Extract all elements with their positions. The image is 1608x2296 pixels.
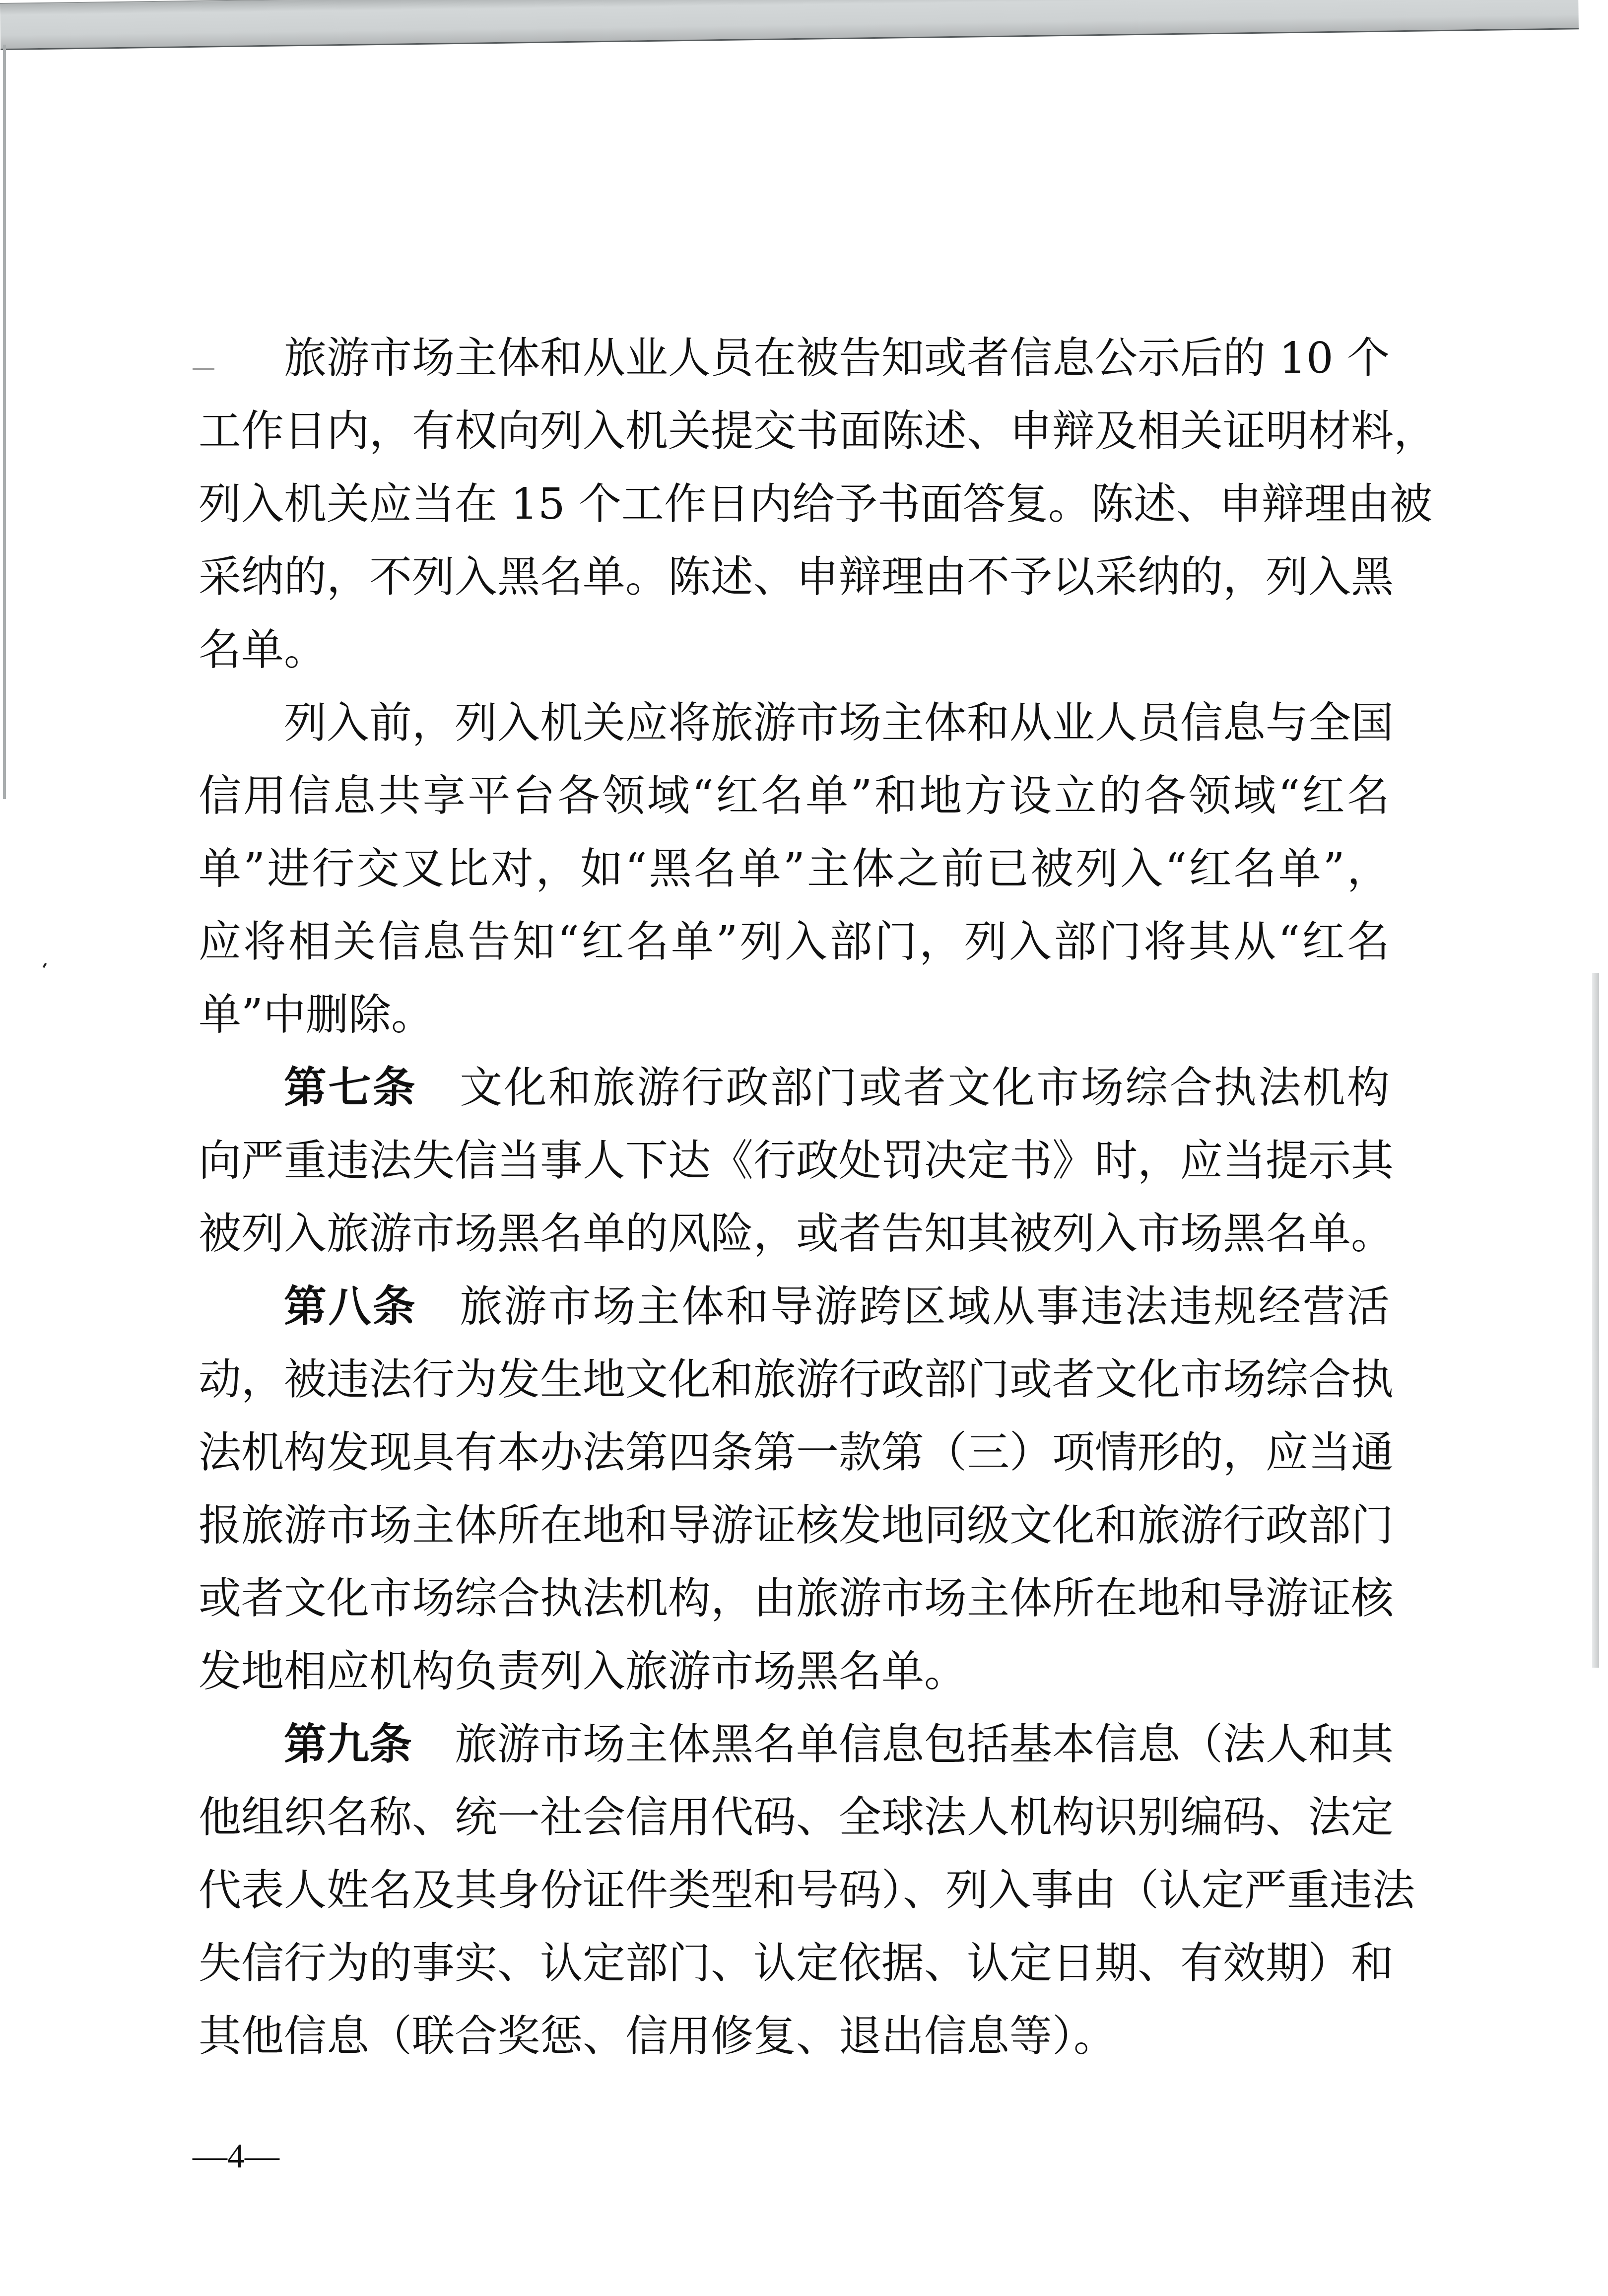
article-9-line-5: 其他信息（联合奖惩、信用修复、退出信息等）。: [199, 2009, 1390, 2064]
article-8-label: 第八条: [284, 1282, 417, 1332]
paragraph-2-line-4: 应将相关信息告知“红名单”列入部门，列入部门将其从“红名: [199, 915, 1390, 969]
article-7-label: 第七条: [284, 1063, 417, 1113]
document-page: 旅游市场主体和从业人员在被告知或者信息公示后的 10 个 工作日内，有权向列入机…: [0, 0, 1608, 2296]
article-8-line-6: 发地相应机构负责列入旅游市场黑名单。: [199, 1644, 1390, 1699]
paragraph-1-line-2: 工作日内，有权向列入机关提交书面陈述、申辩及相关证明材料，: [199, 404, 1390, 459]
paragraph-1-line-1: 旅游市场主体和从业人员在被告知或者信息公示后的 10 个: [284, 331, 1390, 386]
paragraph-2-line-2: 信用信息共享平台各领域“红名单”和地方设立的各领域“红名: [199, 769, 1390, 823]
article-8-line-4: 报旅游市场主体所在地和导游证核发地同级文化和旅游行政部门: [199, 1498, 1390, 1553]
article-8-line-2: 动，被违法行为发生地文化和旅游行政部门或者文化市场综合执: [199, 1352, 1390, 1407]
paragraph-1-line-5: 名单。: [199, 623, 1390, 677]
article-8-text: 旅游市场主体和导游跨区域从事违法违规经营活: [460, 1282, 1390, 1332]
paragraph-2-line-5: 单”中删除。: [199, 988, 1390, 1042]
article-7-line-2: 向严重违法失信当事人下达《行政处罚决定书》时，应当提示其: [199, 1134, 1390, 1188]
article-8-line-1: 第八条旅游市场主体和导游跨区域从事违法违规经营活: [284, 1280, 1390, 1334]
paragraph-1-line-4: 采纳的，不列入黑名单。陈述、申辩理由不予以采纳的，列入黑: [199, 550, 1390, 605]
paragraph-2-line-3: 单”进行交叉比对，如“黑名单”主体之前已被列入“红名单”，: [199, 842, 1390, 896]
article-9-label: 第九条: [284, 1720, 412, 1769]
paragraph-2-line-1: 列入前，列入机关应将旅游市场主体和从业人员信息与全国: [284, 696, 1390, 750]
article-8-line-3: 法机构发现具有本办法第四条第一款第（三）项情形的，应当通: [199, 1425, 1390, 1480]
article-9-line-2: 他组织名称、统一社会信用代码、全球法人机构识别编码、法定: [199, 1790, 1390, 1845]
article-9-text: 旅游市场主体黑名单信息包括基本信息（法人和其: [455, 1720, 1394, 1769]
article-9-line-4: 失信行为的事实、认定部门、认定依据、认定日期、有效期）和: [199, 1936, 1390, 1991]
page-number: —4—: [193, 2134, 279, 2179]
article-8-line-5: 或者文化市场综合执法机构，由旅游市场主体所在地和导游证核: [199, 1571, 1390, 1626]
article-7-line-3: 被列入旅游市场黑名单的风险，或者告知其被列入市场黑名单。: [199, 1207, 1390, 1261]
article-9-line-1: 第九条旅游市场主体黑名单信息包括基本信息（法人和其: [284, 1717, 1390, 1772]
article-9-line-3: 代表人姓名及其身份证件类型和号码）、列入事由（认定严重违法: [199, 1863, 1390, 1918]
article-7-line-1: 第七条文化和旅游行政部门或者文化市场综合执法机构: [284, 1061, 1390, 1115]
paragraph-1-line-3: 列入机关应当在 15 个工作日内给予书面答复。陈述、申辩理由被: [199, 477, 1390, 532]
article-7-text: 文化和旅游行政部门或者文化市场综合执法机构: [460, 1063, 1390, 1113]
